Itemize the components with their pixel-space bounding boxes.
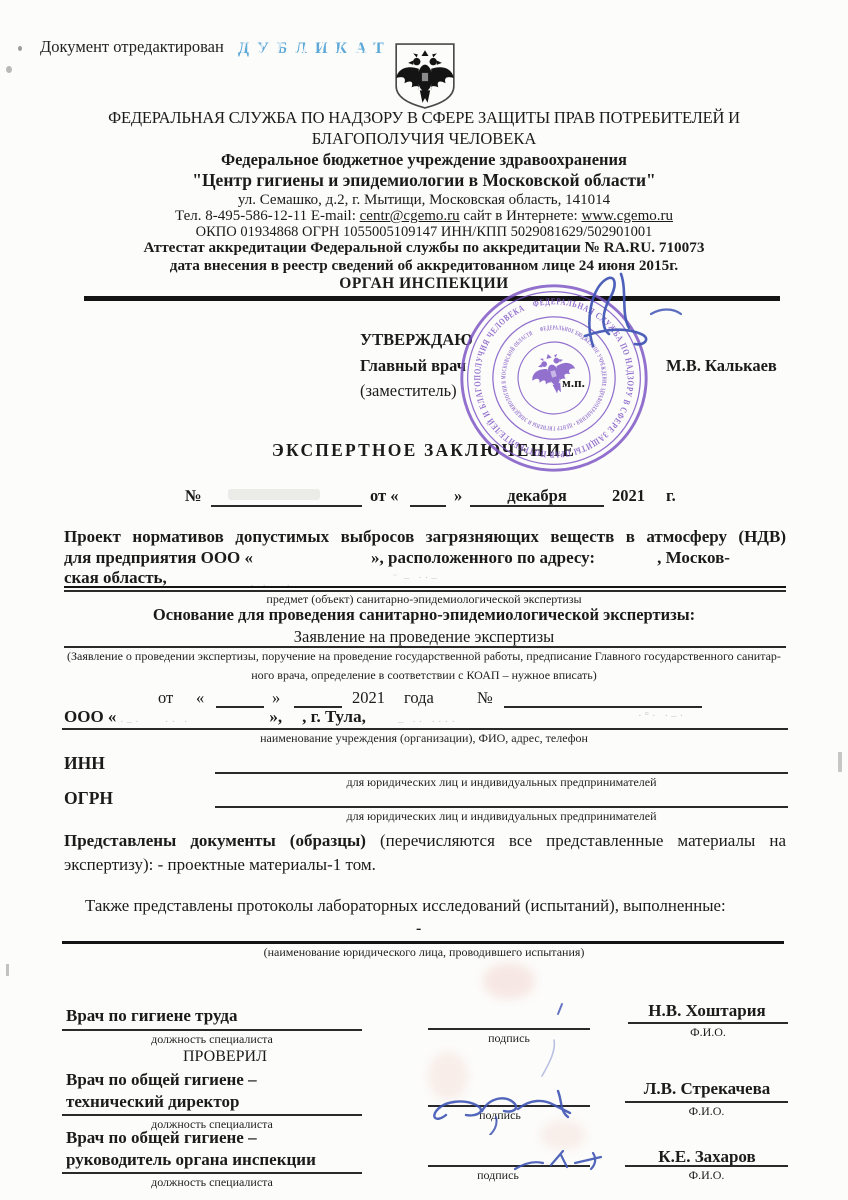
approver-deputy-note: (заместитель)	[360, 381, 457, 401]
inn-label: ИНН	[64, 753, 105, 774]
applicant-line: ООО «»,, г. Тула,	[64, 707, 366, 727]
redaction-mark: ̈ ‒ ··‒	[395, 572, 440, 584]
phone-label: Тел. 8-495-586-12-11 E-mail:	[175, 208, 360, 224]
ogrn-label: ОГРН	[64, 788, 113, 809]
doc-month: декабря	[470, 486, 604, 506]
redaction-mark: ·°· ·‒·	[638, 710, 686, 722]
sig-row3-ink	[505, 1145, 635, 1180]
sig-row2-name: Л.В. Стрекачева	[628, 1079, 786, 1099]
subject-line2: для предприятия ООО «», расположенного п…	[64, 548, 730, 568]
inn-line	[215, 772, 788, 774]
redaction-mark: ‒ ·· ····	[398, 716, 458, 728]
basis-value: Заявление на проведение экспертизы	[0, 627, 848, 647]
request-number-line	[504, 706, 702, 708]
document-title: ЭКСПЕРТНОЕ ЗАКЛЮЧЕНИЕ	[0, 440, 848, 461]
basis-caption-line1: (Заявление о проведении экспертизы, пору…	[0, 649, 848, 664]
institution-line1: Федеральное бюджетное учреждение здравоо…	[0, 150, 848, 170]
sig-row2-ink	[430, 1085, 620, 1135]
scan-speck	[6, 66, 12, 73]
request-close-quote: »	[272, 688, 280, 708]
doc-date-close-quote: »	[454, 486, 462, 506]
site-link: www.cgemo.ru	[581, 208, 673, 224]
scanned-document-page: Документ отредактирован ДУБЛИКАТ ФЕДЕРАЛ…	[0, 0, 848, 1200]
doc-number-label: №	[185, 486, 202, 506]
sig-row2-name-line	[625, 1101, 788, 1103]
sig-row1-name-caption: Ф.И.О.	[628, 1025, 788, 1040]
scan-speck	[838, 752, 842, 772]
sig-row3-position-line1: Врач по общей гигиене –	[66, 1128, 257, 1148]
applicant-rule	[62, 728, 788, 730]
checked-label: ПРОВЕРИЛ	[183, 1048, 267, 1066]
protocols-rule	[62, 941, 784, 944]
redaction-mark	[228, 489, 320, 500]
sig-row1-position-caption: должность специалиста	[62, 1032, 362, 1047]
org-name-line2: БЛАГОПОЛУЧИЯ ЧЕЛОВЕКА	[0, 129, 848, 149]
redaction-mark: · ·· ‒ ·	[190, 556, 242, 568]
address-line: ул. Семашко, д.2, г. Мытищи, Московская …	[0, 192, 848, 209]
sig-row1-name-line	[628, 1022, 788, 1024]
documents-line1: Представлены документы (образцы) (перечи…	[64, 831, 786, 851]
sig-row2-position-line	[62, 1114, 362, 1116]
applicant-caption: наименование учреждения (организации), Ф…	[0, 731, 848, 746]
scan-speck	[18, 46, 22, 51]
doc-year: 2021	[612, 486, 645, 506]
accreditation-line2: дата внесения в реестр сведений об аккре…	[0, 257, 848, 275]
redaction-mark: ·‒· ·· ·	[120, 716, 191, 728]
sig-row1-position-line	[62, 1029, 362, 1031]
doc-day-blank-line	[410, 505, 446, 507]
email-link: centr@cgemo.ru	[360, 208, 460, 224]
coat-of-arms-icon	[392, 41, 458, 111]
sig-row3-position-caption: должность специалиста	[62, 1175, 362, 1190]
inn-caption: для юридических лиц и индивидуальных пре…	[215, 775, 788, 790]
request-from-label: от	[158, 688, 173, 708]
subject-rule-top	[64, 586, 786, 588]
sig-row3-position-line2: руководитель органа инспекции	[66, 1150, 316, 1170]
sig-row3-name-caption: Ф.И.О.	[625, 1168, 788, 1183]
sig-row1-position: Врач по гигиене труда	[66, 1006, 237, 1026]
request-no-label: №	[477, 688, 493, 708]
mp-seal-place-label: м.п.	[562, 375, 585, 391]
ogrn-caption: для юридических лиц и индивидуальных пре…	[215, 809, 788, 824]
sig-row2-position-line2: технический директор	[66, 1092, 239, 1112]
ogrn-line	[215, 806, 788, 808]
accreditation-line1: Аттестат аккредитации Федеральной службы…	[0, 239, 848, 257]
sig-row3-position-line	[62, 1172, 362, 1174]
basis-caption-line2: ного врача, определение в соответствии с…	[0, 668, 848, 683]
sig-row3-name: К.Е. Захаров	[628, 1147, 786, 1167]
duplicate-stamp: ДУБЛИКАТ	[238, 40, 392, 58]
basis-rule	[64, 646, 786, 648]
site-label: сайт в Интернете:	[460, 208, 582, 224]
protocols-caption: (наименование юридического лица, проводи…	[0, 945, 848, 960]
sig-row1-ink-mark	[540, 1000, 580, 1080]
sig-row3-name-line	[625, 1165, 788, 1167]
subject-line3: ская область,	[64, 568, 167, 588]
scan-smudge	[483, 963, 535, 999]
request-year-word: года	[404, 688, 434, 708]
contacts-line: Тел. 8-495-586-12-11 E-mail: centr@cgemo…	[0, 208, 848, 225]
request-year: 2021	[352, 688, 385, 708]
scan-speck	[6, 964, 9, 976]
inspection-body-label: ОРГАН ИНСПЕКЦИИ	[0, 275, 848, 293]
doc-year-suffix: г.	[666, 486, 676, 506]
protocols-text: Также представлены протоколы лабораторны…	[85, 896, 726, 916]
sig-row2-name-caption: Ф.И.О.	[625, 1104, 788, 1119]
approver-signature-ink	[555, 262, 705, 372]
approver-position: Главный врач	[360, 356, 466, 376]
basis-heading: Основание для проведения санитарно-эпиде…	[0, 605, 848, 625]
documents-line2: экспертизу): - проектные материалы-1 том…	[64, 855, 376, 875]
sig-row1-name: Н.В. Хоштария	[628, 1001, 786, 1021]
doc-date-from-label: от «	[370, 486, 399, 506]
protocols-dash: -	[416, 920, 421, 938]
subject-line1: Проект нормативов допустимых выбросов за…	[64, 527, 786, 547]
edited-note: Документ отредактирован	[40, 37, 224, 57]
approve-label: УТВЕРЖДАЮ	[360, 330, 473, 350]
doc-number-blank-line	[211, 505, 362, 507]
request-open-quote: «	[196, 688, 204, 708]
org-name-line1: ФЕДЕРАЛЬНАЯ СЛУЖБА ПО НАДЗОРУ В СФЕРЕ ЗА…	[0, 108, 848, 128]
sig-row2-position-line1: Врач по общей гигиене –	[66, 1070, 257, 1090]
institution-line2: "Центр гигиены и эпидемиологии в Московс…	[0, 170, 848, 191]
